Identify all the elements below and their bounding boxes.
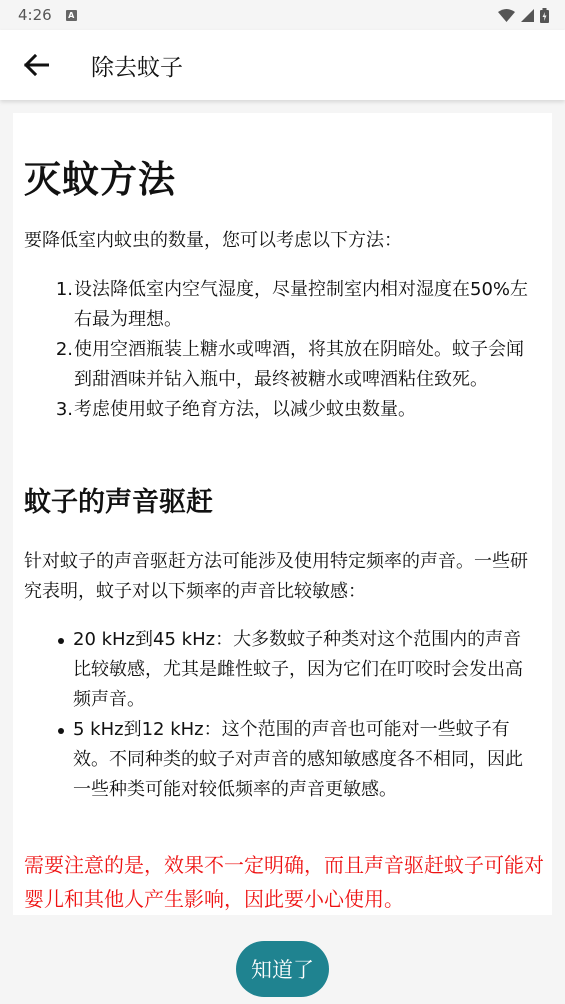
back-button[interactable] [18,47,54,83]
heading-mosquito-methods: 灭蚊方法 [24,149,176,203]
got-it-button[interactable]: 知道了 [236,941,329,997]
list-number: 2. [24,335,73,395]
list-text: 5 kHz到12 kHz：这个范围的声音也可能对一些蚊子有效。不同种类的蚊子对声… [73,715,539,805]
methods-list: 1. 设法降低室内空气湿度，尽量控制室内相对湿度在50%左右最为理想。 2. 使… [24,275,539,425]
content-card: 灭蚊方法 要降低室内蚊虫的数量，您可以考虑以下方法： 1. 设法降低室内空气湿度… [13,113,552,915]
page-title: 除去蚊子 [91,49,183,82]
heading-sound-repel: 蚊子的声音驱赶 [24,480,213,519]
list-item: 5 kHz到12 kHz：这个范围的声音也可能对一些蚊子有效。不同种类的蚊子对声… [24,715,539,805]
status-bar: 4:26 A [0,0,565,30]
cellular-signal-icon [521,9,534,22]
list-text: 设法降低室内空气湿度，尽量控制室内相对湿度在50%左右最为理想。 [73,275,539,335]
battery-charging-icon [540,8,549,23]
wifi-icon [498,9,515,22]
list-text: 使用空酒瓶装上糖水或啤酒，将其放在阴暗处。蚊子会闻到甜酒味并钻入瓶中，最终被糖水… [73,335,539,395]
bullet-icon [24,625,73,715]
sound-paragraph: 针对蚊子的声音驱赶方法可能涉及使用特定频率的声音。一些研究表明，蚊子对以下频率的… [24,547,539,607]
list-number: 1. [24,275,73,335]
list-text: 20 kHz到45 kHz：大多数蚊子种类对这个范围内的声音比较敏感，尤其是雌性… [73,625,539,715]
list-item: 3. 考虑使用蚊子绝育方法，以减少蚊虫数量。 [24,395,539,425]
warning-text: 需要注意的是，效果不一定明确，而且声音驱赶蚊子可能对婴儿和其他人产生影响，因此要… [24,848,544,916]
list-text: 考虑使用蚊子绝育方法，以减少蚊虫数量。 [73,395,539,425]
list-item: 1. 设法降低室内空气湿度，尽量控制室内相对湿度在50%左右最为理想。 [24,275,539,335]
notification-a-icon: A [66,10,77,21]
bullet-icon [24,715,73,805]
arrow-left-icon [23,54,49,76]
app-bar: 除去蚊子 [0,30,565,100]
frequency-list: 20 kHz到45 kHz：大多数蚊子种类对这个范围内的声音比较敏感，尤其是雌性… [24,625,539,805]
list-number: 3. [24,395,73,425]
list-item: 20 kHz到45 kHz：大多数蚊子种类对这个范围内的声音比较敏感，尤其是雌性… [24,625,539,715]
status-time: 4:26 [18,6,52,24]
list-item: 2. 使用空酒瓶装上糖水或啤酒，将其放在阴暗处。蚊子会闻到甜酒味并钻入瓶中，最终… [24,335,539,395]
intro-paragraph: 要降低室内蚊虫的数量，您可以考虑以下方法： [24,226,402,256]
